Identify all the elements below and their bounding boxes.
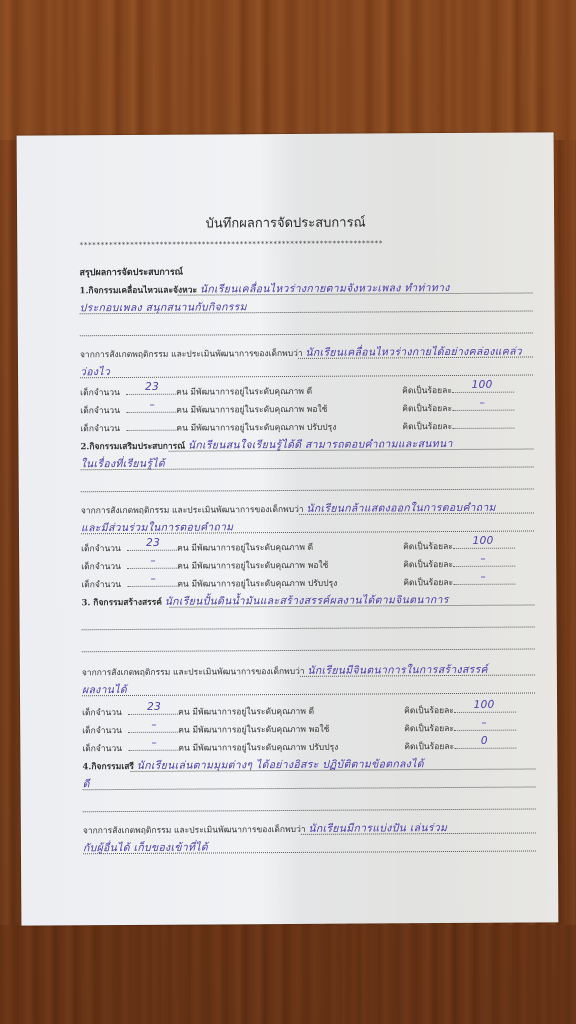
fill-line: [82, 626, 535, 630]
percent-field[interactable]: 100: [453, 535, 513, 547]
count-field[interactable]: –: [128, 399, 176, 411]
observation-label: จากการสังเกตพฤติกรรม และประเมินพัฒนาการข…: [83, 825, 306, 836]
fill-line: [82, 648, 535, 652]
paper-sheet: บันทึกผลการจัดประสบการณ์ ***************…: [17, 132, 559, 925]
section-2-stat-improve: เด็กจำนวน – คน มีพัฒนาการอยู่ในระดับคุณภ…: [81, 574, 541, 591]
observation-label: จากการสังเกตพฤติกรรม และประเมินพัฒนาการข…: [81, 505, 304, 516]
percent-field[interactable]: –: [454, 717, 514, 729]
observation-label: จากการสังเกตพฤติกรรม และประเมินพัฒนาการข…: [82, 667, 305, 678]
percent-field[interactable]: –: [453, 553, 513, 565]
count-field[interactable]: –: [130, 719, 178, 731]
percent-field[interactable]: –: [453, 571, 513, 583]
section-3-heading: 3. กิจกรรมสร้างสรรค์: [81, 598, 162, 608]
fill-line: [80, 332, 533, 336]
fill-line: [300, 674, 535, 676]
count-field[interactable]: 23: [129, 537, 177, 549]
count-field[interactable]: 23: [130, 701, 178, 713]
fill-line: [81, 488, 534, 492]
fill-line: [301, 832, 536, 834]
section-1-stat-fair: เด็กจำนวน – คน มีพัฒนาการอยู่ในระดับคุณภ…: [80, 400, 540, 417]
section-4-heading: 4.กิจกรรมเสรี: [82, 762, 134, 772]
percent-field[interactable]: 100: [452, 379, 512, 391]
wood-background-top: [0, 0, 576, 140]
section-3-stat-improve: เด็กจำนวน – คน มีพัฒนาการอยู่ในระดับคุณภ…: [82, 738, 542, 755]
count-field[interactable]: –: [129, 555, 177, 567]
document-title: บันทึกผลการจัดประสบการณ์: [17, 210, 554, 234]
count-field[interactable]: 23: [128, 381, 176, 393]
observation-label: จากการสังเกตพฤติกรรม และประเมินพัฒนาการข…: [80, 349, 303, 360]
percent-field[interactable]: 0: [454, 735, 514, 747]
fill-line: [298, 356, 533, 358]
summary-label: สรุปผลการจัดประสบการณ์: [79, 265, 183, 280]
wood-background-bottom: [0, 925, 576, 1024]
count-field[interactable]: –: [130, 737, 178, 749]
fill-line: [299, 512, 534, 514]
percent-field[interactable]: –: [452, 397, 512, 409]
count-field[interactable]: –: [129, 573, 177, 585]
star-separator: ****************************************…: [79, 238, 534, 249]
fill-line: [83, 808, 536, 812]
percent-field[interactable]: 100: [454, 699, 514, 711]
section-1-stat-improve: เด็กจำนวน คน มีพัฒนาการอยู่ในระดับคุณภาพ…: [80, 418, 540, 435]
